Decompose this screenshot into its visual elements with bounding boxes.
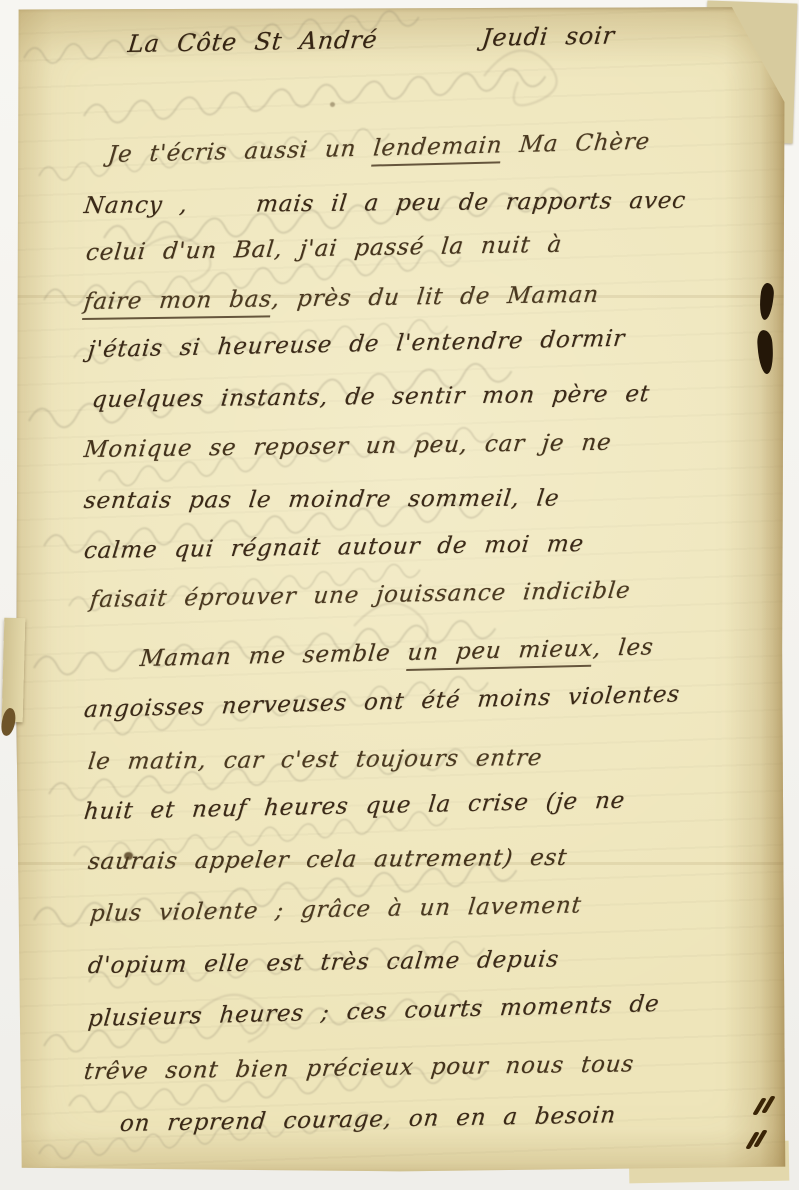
letter-line: faisait éprouver une jouissance indicibl… [89,578,632,613]
letter-underlined-text: lendemain [372,132,504,166]
letter-text: d'opium elle est très calme depuis [87,946,561,979]
letter-text: sentais pas le moindre sommeil, le [82,486,560,515]
ink-speck [330,102,335,107]
letter-underlined-text: faire mon bas [82,286,273,320]
letter-line: saurais appeler cela autrement) est [87,845,569,875]
letter-line: angoisses nerveuses ont été moins violen… [83,681,681,723]
letter-text: , les [592,634,655,661]
letter-line: Maman me semble un peu mieux, les [139,634,655,672]
page-edge-shadow [14,8,17,1170]
letter-scan: La Côte St André Jeudi soir Je t'écris a… [0,0,799,1190]
letter-text: celui d'un Bal, j'ai passé la nuit à [85,232,564,266]
letter-text: trêve sont bien précieux pour nous tous [83,1051,636,1085]
letter-text: on reprend courage, on en a besoin [119,1102,618,1137]
letter-line: on reprend courage, on en a besoin [119,1102,618,1137]
letter-line: celui d'un Bal, j'ai passé la nuit à [85,232,564,266]
letter-text: Nancy , mais il a peu de rapports avec [83,188,688,219]
letter-line: le matin, car c'est toujours entre [87,745,544,775]
letter-text: saurais appeler cela autrement) est [87,845,569,875]
letter-text: huit et neuf heures que la crise (je ne [83,788,627,825]
letter-text: plus violente ; grâce à un lavement [89,892,583,927]
dateline-text: La Côte St André Jeudi soir [127,21,617,58]
ink-speck [124,852,133,860]
torn-paper-tab [2,618,26,723]
letter-line: sentais pas le moindre sommeil, le [82,486,560,515]
letter-text: Monique se reposer un peu, car je ne [83,430,613,463]
letter-underlined-text: un peu mieux [406,636,595,671]
letter-line: Monique se reposer un peu, car je ne [83,430,613,463]
letter-text: quelques instants, de sentir mon père et [91,381,652,413]
page-edge-shadow [760,6,786,1176]
letter-line: quelques instants, de sentir mon père et [91,381,652,413]
letter-line: plusieurs heures ; ces courts moments de [87,991,661,1032]
letter-text: plusieurs heures ; ces courts moments de [87,991,661,1032]
letter-line: Je t'écris aussi un lendemain Ma Chère [107,129,652,168]
letter-line: calme qui régnait autour de moi me [83,531,586,564]
letter-text: angoisses nerveuses ont été moins violen… [83,681,681,723]
letter-text: le matin, car c'est toujours entre [87,745,544,775]
letter-text: faisait éprouver une jouissance indicibl… [89,578,632,613]
letter-text: Je t'écris aussi un [107,135,375,168]
letter-line: plus violente ; grâce à un lavement [89,892,583,927]
letter-page: La Côte St André Jeudi soir Je t'écris a… [14,6,786,1176]
letter-text: Ma Chère [501,129,651,159]
letter-text: calme qui régnait autour de moi me [83,531,586,564]
letter-line: faire mon bas, près du lit de Maman [83,282,601,315]
letter-line: d'opium elle est très calme depuis [87,946,561,979]
letter-line: j'étais si heureuse de l'entendre dormir [87,326,627,363]
letter-text: Maman me semble [139,640,409,672]
letter-dateline: La Côte St André Jeudi soir [127,21,617,58]
letter-text: , près du lit de Maman [270,282,600,313]
letter-text: j'étais si heureuse de l'entendre dormir [87,326,627,363]
letter-line: huit et neuf heures que la crise (je ne [83,788,627,825]
letter-line: trêve sont bien précieux pour nous tous [83,1051,636,1085]
letter-line: Nancy , mais il a peu de rapports avec [83,188,688,219]
